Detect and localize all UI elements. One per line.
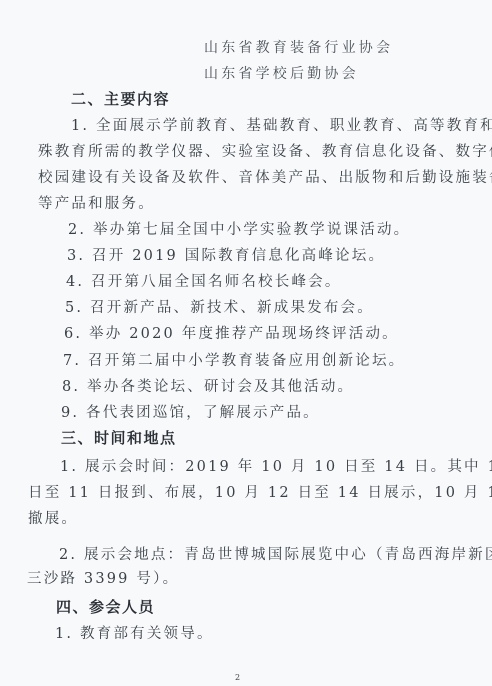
section-heading-time-place: 三、时间和地点 xyxy=(61,427,177,448)
paragraph-line: 校园建设有关设备及软件、音体美产品、出版物和后勤设施装备 xyxy=(38,166,492,187)
paragraph-line: 1. 全面展示学前教育、基础教育、职业教育、高等教育和特 xyxy=(71,114,492,135)
paragraph-line: 殊教育所需的教学仪器、实验室设备、教育信息化设备、数字化 xyxy=(38,140,492,161)
paragraph-line: 2. 展示会地点：青岛世博城国际展览中心（青岛西海岸新区 xyxy=(59,543,492,564)
section-heading-main-content: 二、主要内容 xyxy=(71,88,170,109)
list-item: 4. 召开第八届全国名师名校长峰会。 xyxy=(66,270,342,291)
list-item: 5. 召开新产品、新技术、新成果发布会。 xyxy=(65,296,374,317)
list-item: 9. 各代表团巡馆，了解展示产品。 xyxy=(61,401,320,422)
list-item: 3. 召开 2019 国际教育信息化高峰论坛。 xyxy=(67,244,385,265)
page-number: 2 xyxy=(235,673,240,682)
paragraph-line: 1. 展示会时间：2019 年 10 月 10 日至 14 日。其中 10 月 … xyxy=(60,455,492,476)
paragraph-line: 等产品和服务。 xyxy=(38,192,155,213)
list-item: 1. 教育部有关领导。 xyxy=(55,622,214,643)
document-page: 山东省教育装备行业协会 山东省学校后勤协会 二、主要内容 1. 全面展示学前教育… xyxy=(0,0,492,686)
list-item: 8. 举办各类论坛、研讨会及其他活动。 xyxy=(62,375,354,396)
list-item: 7. 召开第二届中小学教育装备应用创新论坛。 xyxy=(63,349,405,370)
paragraph-line: 撤展。 xyxy=(28,507,78,528)
list-item: 2. 举办第七届全国中小学实验教学说课活动。 xyxy=(68,218,410,239)
paragraph-line: 日至 11 日报到、布展，10 月 12 日至 14 日展示，10 月 14 日… xyxy=(28,481,492,502)
section-heading-attendees: 四、参会人员 xyxy=(56,596,155,617)
org-name-2: 山东省学校后勤协会 xyxy=(204,63,359,83)
paragraph-line: 三沙路 3399 号）。 xyxy=(27,567,179,588)
list-item: 6. 举办 2020 年度推荐产品现场终评活动。 xyxy=(64,322,399,343)
org-name-1: 山东省教育装备行业协会 xyxy=(204,37,393,57)
